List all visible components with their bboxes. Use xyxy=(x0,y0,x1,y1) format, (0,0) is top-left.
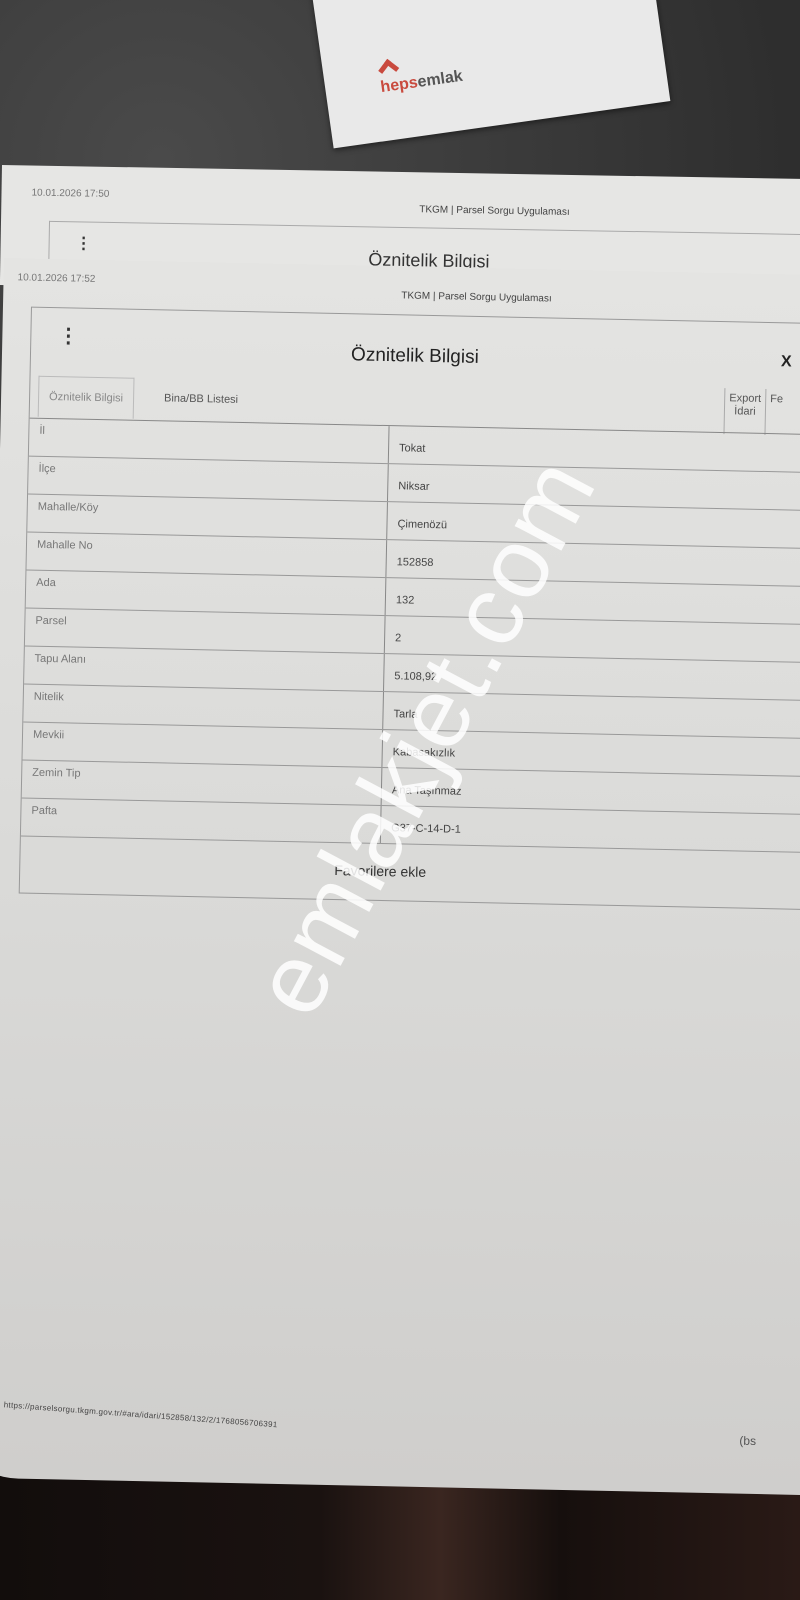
timestamp: 10.01.2026 17:52 xyxy=(17,272,95,285)
row-label: Ada xyxy=(26,571,387,616)
footer-url: https://parselsorgu.tkgm.gov.tr/#ara/ida… xyxy=(3,1400,277,1429)
tab-attribute-info: Öznitelik Bilgisi xyxy=(38,376,135,419)
timestamp: 10.01.2026 17:50 xyxy=(31,188,109,200)
row-label: İl xyxy=(29,419,390,464)
footer-right-text: (bs xyxy=(739,1434,756,1448)
app-title: TKGM | Parsel Sorgu Uygulaması xyxy=(419,204,570,218)
row-label: Mahalle No xyxy=(26,533,387,578)
row-label: Parsel xyxy=(25,609,386,654)
row-label: Mevkii xyxy=(23,723,384,768)
row-label: Pafta xyxy=(21,798,382,843)
kebab-menu-icon: ⋮ xyxy=(58,326,78,346)
app-title: TKGM | Parsel Sorgu Uygulaması xyxy=(401,290,552,304)
row-label: Tapu Alanı xyxy=(24,647,385,692)
panel-title: Öznitelik Bilgisi xyxy=(351,344,479,369)
row-label: Nitelik xyxy=(23,685,384,730)
attribute-table: İlTokatİlçeNiksarMahalle/KöyÇimenözüMaha… xyxy=(21,418,800,854)
tab-building-list: Bina/BB Listesi xyxy=(154,378,249,420)
row-label: İlçe xyxy=(28,457,389,502)
export-feature-button: Fe xyxy=(769,389,800,436)
row-label: Zemin Tip xyxy=(22,760,383,805)
attribute-panel: ⋮ Öznitelik Bilgisi X Öznitelik Bilgisi … xyxy=(19,307,800,911)
row-value: G37-C-14-D-1 xyxy=(381,806,800,852)
row-label: Mahalle/Köy xyxy=(27,495,388,540)
front-printed-sheet: 10.01.2026 17:52 TKGM | Parsel Sorgu Uyg… xyxy=(0,258,800,1495)
kebab-menu-icon: ⋮ xyxy=(75,236,91,252)
export-admin-button: Export İdari xyxy=(723,388,766,435)
close-icon: X xyxy=(781,353,792,371)
